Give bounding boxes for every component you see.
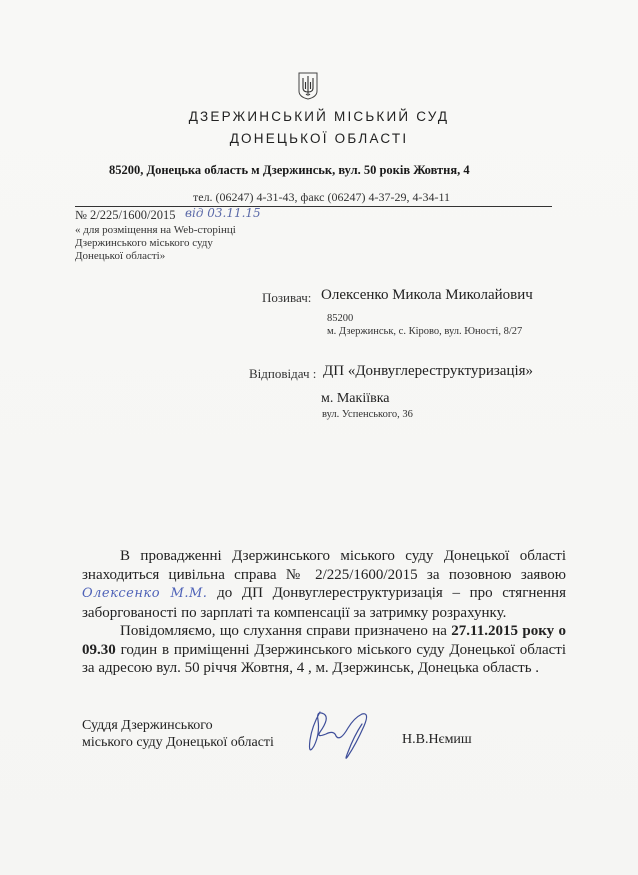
web-note-line3: Донецької області» [75,250,165,262]
defendant-address: вул. Успенського, 36 [322,409,413,420]
court-name-line2: ДОНЕЦЬКОЇ ОБЛАСТІ [0,131,638,146]
judge-title-line2: міського суду Донецької області [82,734,274,751]
document-page: ДЗЕРЖИНСЬКИЙ МІСЬКИЙ СУД ДОНЕЦЬКОЇ ОБЛАС… [0,0,638,875]
web-note-line1: « для розміщення на Web-сторінці [75,224,236,236]
defendant-city: м. Макіївка [321,391,390,407]
paragraph-case-info: В провадженні Дзержинського міського суд… [82,547,566,622]
hearing-text: Повідомляємо, що слухання справи признач… [120,623,451,639]
defendant-label: Відповідач : [249,366,316,382]
court-address: 85200, Донецька область м Дзержинськ, ву… [109,163,470,178]
hearing-text-end: годин в приміщенні Дзержинського міськог… [82,642,566,677]
trident-coat-of-arms-icon [298,72,318,100]
notice-body: В провадженні Дзержинського міського суд… [82,547,566,678]
case-number: № 2/225/1600/2015 [75,208,175,223]
judge-title-line1: Суддя Дзержинського [82,717,213,734]
defendant-name: ДП «Донвуглереструктуризація» [323,363,533,380]
court-phones: тел. (06247) 4-31-43, факс (06247) 4-37-… [193,190,450,205]
handwritten-plaintiff: Олексенко М.М. [82,586,207,601]
paragraph-hearing: Повідомляємо, що слухання справи признач… [82,622,566,678]
judge-name: Н.В.Нємиш [402,731,472,748]
plaintiff-zip: 85200 [327,313,353,324]
header-divider [75,206,552,207]
web-note-line2: Дзержинського міського суду [75,237,213,249]
court-name-line1: ДЗЕРЖИНСЬКИЙ МІСЬКИЙ СУД [0,109,638,124]
case-info-text: В провадженні Дзержинського міського суд… [82,548,566,583]
plaintiff-address: м. Дзержинськ, с. Кірово, вул. Юності, 8… [327,326,522,337]
handwritten-date: від 03.11.15 [185,206,261,220]
plaintiff-label: Позивач: [262,290,311,306]
plaintiff-name: Олексенко Микола Миколайович [321,287,533,304]
handwritten-signature-icon [290,706,380,764]
